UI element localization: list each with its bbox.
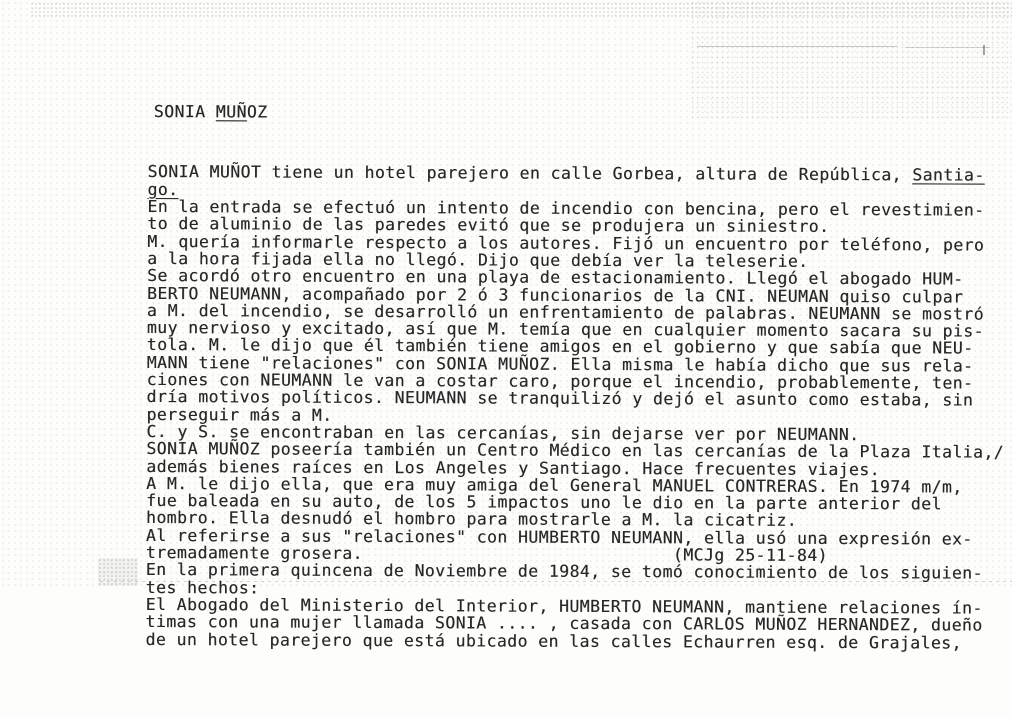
scan-artifact-line bbox=[905, 47, 990, 48]
title-text: SONIA bbox=[154, 102, 216, 121]
scan-artifact-patch bbox=[98, 558, 138, 586]
scan-artifact-tick bbox=[983, 45, 985, 55]
text-line: En la primera quincena de Noviembre de 1… bbox=[146, 561, 1012, 582]
scan-artifact-line bbox=[697, 46, 897, 47]
text-line: de un hotel parejero que está ubicado en… bbox=[145, 630, 1011, 651]
scan-noise-top bbox=[30, 2, 1012, 18]
document-body: SONIA MUÑOT tiene un hotel parejero en c… bbox=[145, 163, 1012, 651]
typewritten-document: SONIA MUÑOZ SONIA MUÑOT tiene un hotel p… bbox=[145, 68, 1012, 669]
title-text-underlined: MUÑ bbox=[216, 102, 247, 121]
document-title: SONIA MUÑOZ bbox=[154, 103, 1012, 124]
title-text: OZ bbox=[247, 102, 268, 121]
text-line: SONIA MUÑOT tiene un hotel parejero en c… bbox=[148, 163, 1012, 184]
